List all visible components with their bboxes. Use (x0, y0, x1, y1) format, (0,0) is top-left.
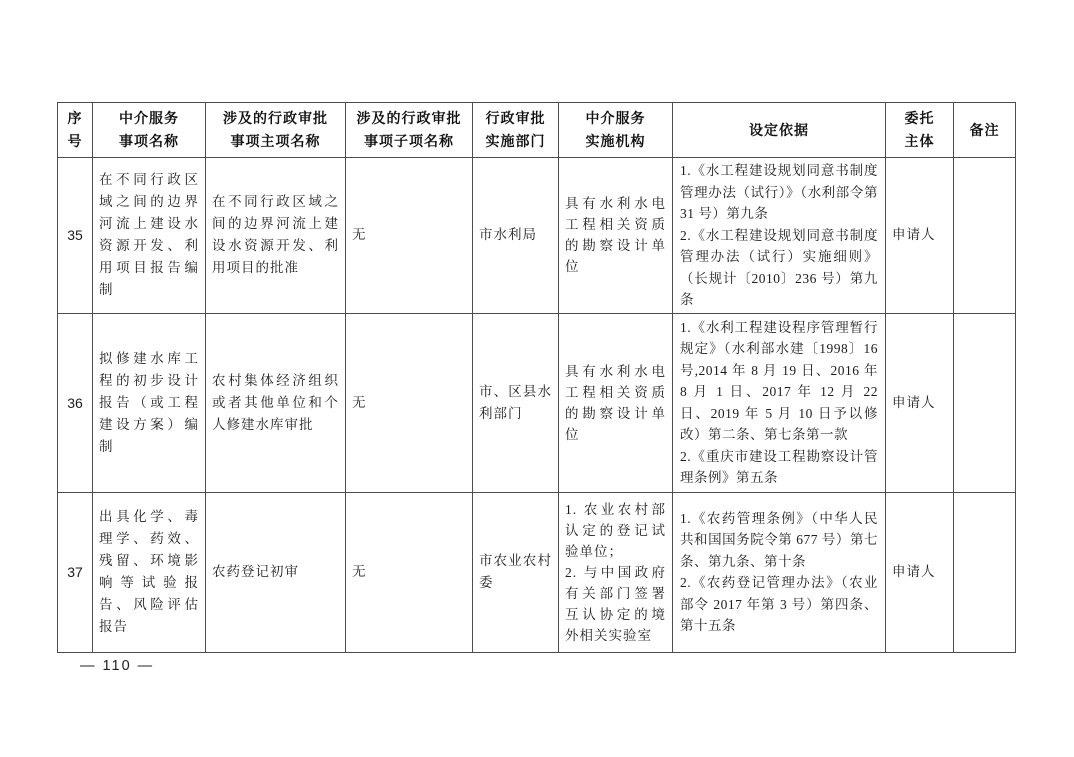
table-header-row: 序 号 中介服务 事项名称 涉及的行政审批 事项主项名称 涉及的行政审批 事项子… (58, 103, 1016, 158)
cell-service-item: 出具化学、毒理学、药效、残留、环境影响等试验报告、风险评估报告 (93, 492, 206, 652)
cell-basis: 1.《农药管理条例》（中华人民共和国国务院令第 677 号）第七条、第九条、第十… (673, 492, 886, 652)
cell-agency: 具有水利水电工程相关资质的勘察设计单位 (559, 313, 673, 492)
cell-main-item: 农村集体经济组织或者其他单位和个人修建水库审批 (206, 313, 346, 492)
cell-agency: 1. 农业农村部认定的登记试验单位； 2. 与中国政府有关部门签署互认协定的境外… (559, 492, 673, 652)
cell-sub-item: 无 (346, 492, 473, 652)
cell-service-item: 在不同行政区域之间的边界河流上建设水资源开发、利用项目报告编制 (93, 158, 206, 314)
cell-department: 市水利局 (473, 158, 559, 314)
cell-principal: 申请人 (886, 492, 954, 652)
cell-principal: 申请人 (886, 313, 954, 492)
cell-principal: 申请人 (886, 158, 954, 314)
header-remark: 备注 (954, 103, 1016, 158)
cell-basis: 1.《水工程建设规划同意书制度管理办法（试行）》（水利部令第 31 号）第九条 … (673, 158, 886, 314)
cell-remark (954, 492, 1016, 652)
cell-sub-item: 无 (346, 158, 473, 314)
header-sub-item: 涉及的行政审批 事项子项名称 (346, 103, 473, 158)
cell-main-item: 农药登记初审 (206, 492, 346, 652)
cell-remark (954, 313, 1016, 492)
header-seq: 序 号 (58, 103, 93, 158)
cell-basis: 1.《水利工程建设程序管理暂行规定》（水利部水建〔1998〕16 号,2014 … (673, 313, 886, 492)
cell-service-item: 拟修建水库工程的初步设计报告（或工程建设方案）编制 (93, 313, 206, 492)
page-number: — 110 — (80, 658, 154, 674)
header-main-item: 涉及的行政审批 事项主项名称 (206, 103, 346, 158)
intermediary-services-table: 序 号 中介服务 事项名称 涉及的行政审批 事项主项名称 涉及的行政审批 事项子… (57, 102, 1016, 653)
table-row: 35 在不同行政区域之间的边界河流上建设水资源开发、利用项目报告编制 在不同行政… (58, 158, 1016, 314)
cell-agency: 具有水利水电工程相关资质的勘察设计单位 (559, 158, 673, 314)
header-basis: 设定依据 (673, 103, 886, 158)
table-row: 36 拟修建水库工程的初步设计报告（或工程建设方案）编制 农村集体经济组织或者其… (58, 313, 1016, 492)
document-page: 序 号 中介服务 事项名称 涉及的行政审批 事项主项名称 涉及的行政审批 事项子… (0, 0, 1074, 757)
header-service-item: 中介服务 事项名称 (93, 103, 206, 158)
cell-sub-item: 无 (346, 313, 473, 492)
header-agency: 中介服务 实施机构 (559, 103, 673, 158)
table-row: 37 出具化学、毒理学、药效、残留、环境影响等试验报告、风险评估报告 农药登记初… (58, 492, 1016, 652)
header-department: 行政审批 实施部门 (473, 103, 559, 158)
cell-remark (954, 158, 1016, 314)
header-principal: 委托 主体 (886, 103, 954, 158)
cell-seq: 36 (58, 313, 93, 492)
cell-seq: 35 (58, 158, 93, 314)
cell-seq: 37 (58, 492, 93, 652)
cell-department: 市农业农村委 (473, 492, 559, 652)
cell-main-item: 在不同行政区域之间的边界河流上建设水资源开发、利用项目的批准 (206, 158, 346, 314)
cell-department: 市、区县水利部门 (473, 313, 559, 492)
